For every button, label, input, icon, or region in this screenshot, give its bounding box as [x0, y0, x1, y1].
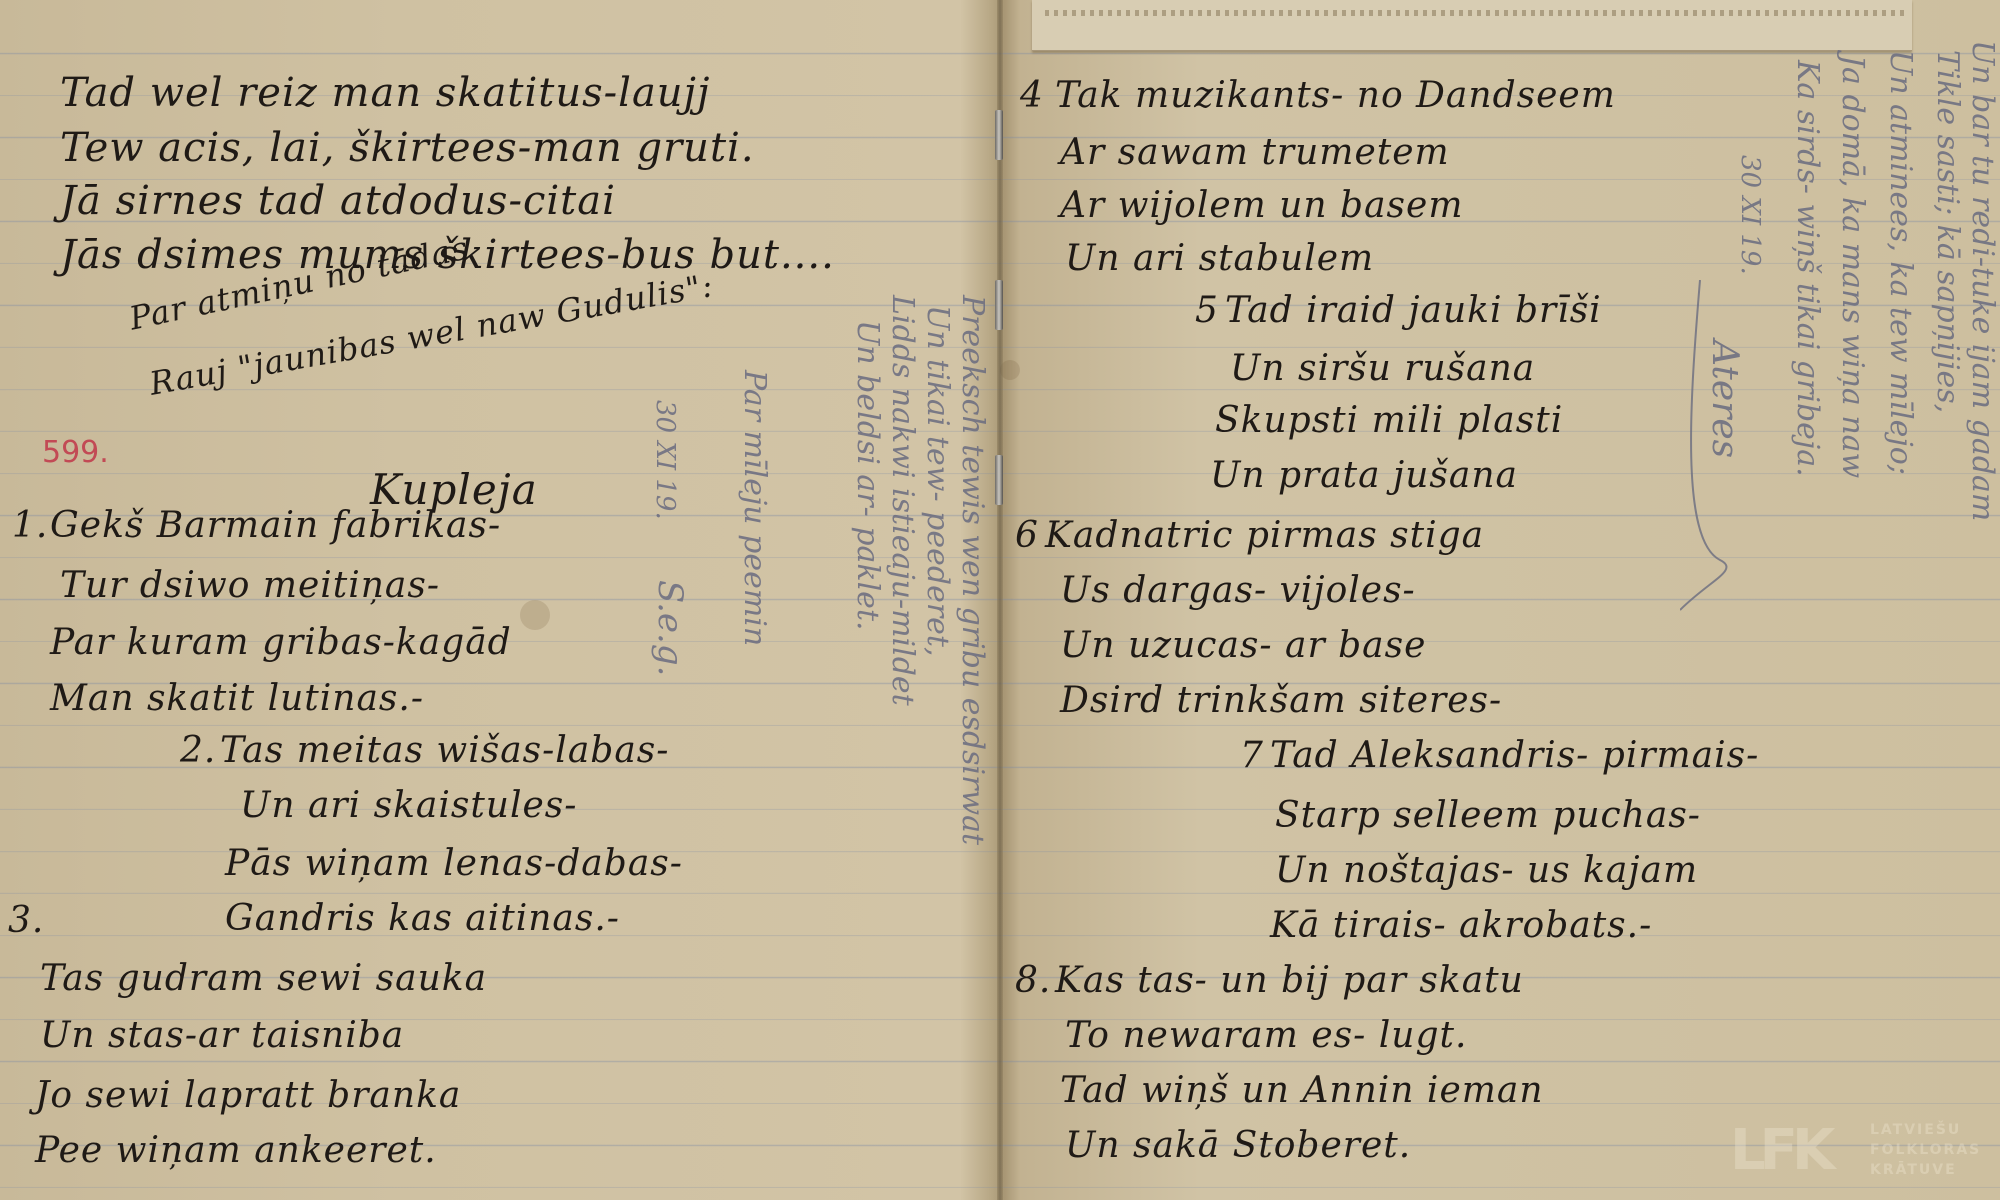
pencil-note-line: Un bar tu redi-tuke ijam gadam	[1965, 40, 2000, 521]
verse-number: 6	[1015, 515, 1039, 556]
verse-line: Tad wiņš un Annin ieman	[1060, 1070, 1544, 1111]
pencil-dedication: Par mīleju peemin	[737, 370, 772, 646]
watermark-line: LATVIEŠU	[1870, 1120, 1981, 1140]
pencil-note-line: Un atminees, ka tew mīlejo;	[1883, 50, 1918, 475]
pencil-note-line: Tikle sasti; kā sapņijies,	[1930, 50, 1965, 413]
verse-line: Tas meitas wišas-labas-	[220, 730, 669, 771]
verse-line: Gekš Barmain fabrikas-	[50, 505, 501, 546]
verse-number: 2.	[180, 730, 216, 771]
verse-line: Kā tirais- akrobats.-	[1270, 905, 1652, 946]
watermark-text: LATVIEŠU FOLKLORAS KRĀTUVE	[1870, 1120, 1981, 1180]
intro-line: Tad wel reiz man skatitus-laujj	[60, 70, 710, 116]
verse-line: Gandris kas aitinas.-	[225, 898, 620, 939]
pencil-note-line: Preeksch tewis wen gribu esdsirwat	[955, 295, 990, 845]
verse-line: Starp selleem puchas-	[1275, 795, 1701, 836]
watermark-line: KRĀTUVE	[1870, 1160, 1981, 1180]
verse-line: Pee wiņam ankeeret.	[35, 1130, 437, 1171]
verse-number: 1.	[12, 505, 48, 546]
pencil-date: 30 XI 19.	[650, 400, 680, 520]
verse-line: Pās wiņam lenas-dabas-	[225, 843, 683, 884]
pencil-note-line: Un beldsi ar- paklet.	[850, 320, 885, 631]
intro-line: Jā sirnes tad atdodus-citai	[60, 178, 616, 224]
verse-line: Ar wijolem un basem	[1060, 185, 1463, 226]
verse-line: Skupsti mili plasti	[1215, 400, 1563, 441]
archive-stamp-number: 599.	[42, 435, 109, 470]
verse-line: Dsird trinkšam siteres-	[1060, 680, 1502, 721]
verse-line: Un ari stabulem	[1065, 238, 1374, 279]
verse-line: Ar sawam trumetem	[1060, 132, 1450, 173]
verse-number: 4	[1020, 75, 1044, 116]
verse-number: 3.	[8, 900, 44, 941]
verse-number: 7	[1240, 735, 1264, 776]
pencil-note-line: Ja domā, ka mans wiņa naw	[1835, 55, 1870, 478]
verse-line: Un siršu rušana	[1230, 348, 1535, 389]
left-page: Tad wel reiz man skatitus-laujj Tew acis…	[0, 0, 1000, 1200]
verse-line: To newaram es- lugt.	[1065, 1015, 1467, 1056]
verse-line: Man skatit lutinas.-	[50, 678, 424, 719]
verse-line: Us dargas- vijoles-	[1060, 570, 1416, 611]
verse-line: Tad Aleksandris- pirmais-	[1270, 735, 1759, 776]
pencil-note-line: Ka sirds- wiņš tikai gribeja.	[1790, 60, 1825, 477]
verse-line: Tad iraid jauki brīši	[1225, 290, 1602, 331]
lfk-logo-icon: LFK	[1730, 1118, 1829, 1183]
verse-number: 8.	[1015, 960, 1051, 1001]
notebook-spread: Tad wel reiz man skatitus-laujj Tew acis…	[0, 0, 2000, 1200]
verse-line: Kadnatric pirmas stiga	[1045, 515, 1484, 556]
verse-line: Un sakā Stoberet.	[1065, 1125, 1411, 1166]
verse-line: Un prata jušana	[1210, 455, 1518, 496]
verse-line: Tur dsiwo meitiņas-	[60, 565, 440, 606]
verse-line: Tas gudram sewi sauka	[40, 958, 487, 999]
verse-line: Un noštajas- us kajam	[1275, 850, 1698, 891]
pencil-note-line: Lidds nakwi istieaju-mildet	[885, 295, 920, 706]
pencil-date: 30 XI 19.	[1735, 155, 1765, 275]
stitching	[1045, 10, 1905, 16]
pencil-flourish	[1680, 280, 1740, 620]
verse-line: Jo sewi lapratt branka	[35, 1075, 461, 1116]
verse-line: Tak muzikants- no Dandseem	[1055, 75, 1616, 116]
archive-watermark: LFK LATVIEŠU FOLKLORAS KRĀTUVE	[1720, 1112, 1990, 1190]
intro-line: Tew acis, lai, škirtees-man gruti.	[60, 125, 755, 171]
verse-line: Un ari skaistules-	[240, 785, 577, 826]
pencil-initials: S.e.g.	[650, 580, 690, 676]
pencil-note-line: Un tikai tew- peederet,	[920, 305, 955, 657]
verse-line: Par kuram gribas-kagād	[50, 622, 512, 663]
verse-line: Kas tas- un bij par skatu	[1055, 960, 1524, 1001]
verse-line: Un uzucas- ar base	[1060, 625, 1426, 666]
verse-line: Un stas-ar taisniba	[40, 1015, 404, 1056]
pasted-paper-strip	[1032, 0, 1912, 51]
verse-number: 5	[1195, 290, 1219, 331]
watermark-line: FOLKLORAS	[1870, 1140, 1981, 1160]
